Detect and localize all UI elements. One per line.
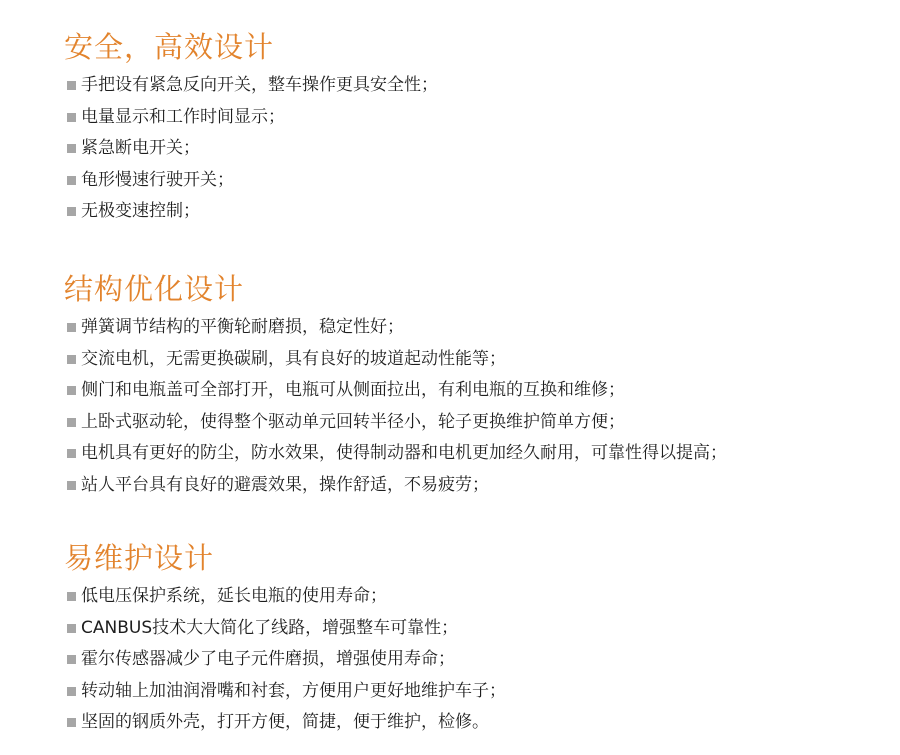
- square-bullet-icon: [67, 592, 76, 601]
- list-item: 上卧式驱动轮，使得整个驱动单元回转半径小，轮子更换维护简单方便；: [64, 407, 727, 439]
- list-item: 手把设有紧急反向开关，整车操作更具安全性；: [64, 70, 438, 102]
- list-item: 站人平台具有良好的避震效果，操作舒适，不易疲劳；: [64, 470, 727, 502]
- square-bullet-icon: [67, 81, 76, 90]
- list-item: 低电压保护系统，延长电瓶的使用寿命；: [64, 581, 506, 613]
- square-bullet-icon: [67, 176, 76, 185]
- square-bullet-icon: [67, 481, 76, 490]
- list-item: 电机具有更好的防尘，防水效果，使得制动器和电机更加经久耐用，可靠性得以提高；: [64, 438, 727, 470]
- list-item: 弹簧调节结构的平衡轮耐磨损，稳定性好；: [64, 312, 727, 344]
- feature-list: 弹簧调节结构的平衡轮耐磨损，稳定性好； 交流电机，无需更换碳刷，具有良好的坡道起…: [64, 312, 727, 501]
- square-bullet-icon: [67, 418, 76, 427]
- section-safety: 安全，高效设计 手把设有紧急反向开关，整车操作更具安全性； 电量显示和工作时间显…: [64, 28, 438, 228]
- list-item: 交流电机，无需更换碳刷，具有良好的坡道起动性能等；: [64, 344, 727, 376]
- section-structure: 结构优化设计 弹簧调节结构的平衡轮耐磨损，稳定性好； 交流电机，无需更换碳刷，具…: [64, 270, 727, 501]
- square-bullet-icon: [67, 386, 76, 395]
- square-bullet-icon: [67, 449, 76, 458]
- feature-list: 手把设有紧急反向开关，整车操作更具安全性； 电量显示和工作时间显示； 紧急断电开…: [64, 70, 438, 228]
- list-item: 电量显示和工作时间显示；: [64, 102, 438, 134]
- section-title: 结构优化设计: [64, 270, 727, 308]
- square-bullet-icon: [67, 355, 76, 364]
- square-bullet-icon: [67, 323, 76, 332]
- square-bullet-icon: [67, 207, 76, 216]
- section-maintenance: 易维护设计 低电压保护系统，延长电瓶的使用寿命； CANBUS技术大大简化了线路…: [64, 539, 506, 739]
- list-item: 侧门和电瓶盖可全部打开，电瓶可从侧面拉出，有利电瓶的互换和维修；: [64, 375, 727, 407]
- list-item: 坚固的钢质外壳，打开方便，简捷，便于维护，检修。: [64, 707, 506, 739]
- section-title: 安全，高效设计: [64, 28, 438, 66]
- section-title: 易维护设计: [64, 539, 506, 577]
- square-bullet-icon: [67, 113, 76, 122]
- square-bullet-icon: [67, 624, 76, 633]
- feature-list: 低电压保护系统，延长电瓶的使用寿命； CANBUS技术大大简化了线路，增强整车可…: [64, 581, 506, 739]
- list-item: 转动轴上加油润滑嘴和衬套，方便用户更好地维护车子；: [64, 676, 506, 708]
- list-item: 霍尔传感器减少了电子元件磨损，增强使用寿命；: [64, 644, 506, 676]
- list-item: 无极变速控制；: [64, 196, 438, 228]
- list-item: 紧急断电开关；: [64, 133, 438, 165]
- square-bullet-icon: [67, 144, 76, 153]
- list-item: CANBUS技术大大简化了线路，增强整车可靠性；: [64, 613, 506, 645]
- list-item: 龟形慢速行驶开关；: [64, 165, 438, 197]
- square-bullet-icon: [67, 687, 76, 696]
- square-bullet-icon: [67, 655, 76, 664]
- square-bullet-icon: [67, 718, 76, 727]
